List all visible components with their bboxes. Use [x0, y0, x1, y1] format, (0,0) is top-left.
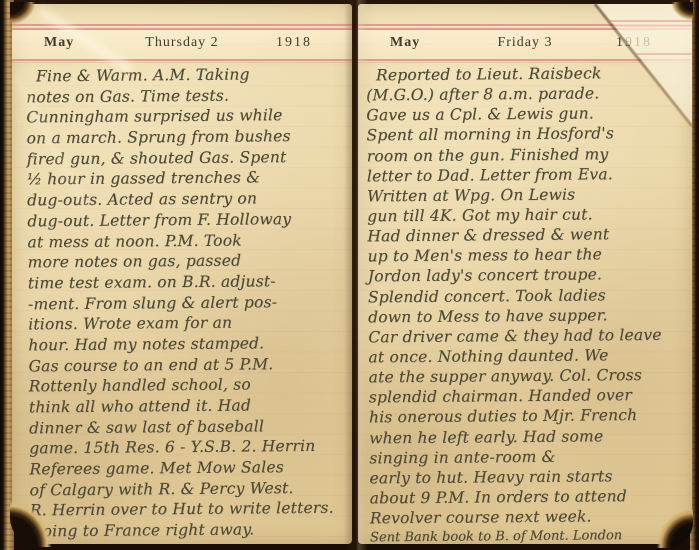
ruled-line [12, 59, 352, 61]
diary-page-left: May Thursday 2 1918 Fine & Warm. A.M. Ta… [12, 4, 352, 544]
handwriting-line: early to hut. Heavy rain starts [369, 465, 689, 488]
handwriting-line: Jordon lady's concert troupe. [368, 264, 688, 287]
handwriting-line: of Calgary with R. & Percy West. [30, 477, 350, 500]
ruled-line [358, 59, 692, 61]
ruled-line [12, 24, 352, 26]
handwriting-line: down to Mess to have supper. [368, 304, 688, 327]
handwriting-line: Car driver came & they had to leave [368, 324, 688, 347]
handwriting-line: Splendid concert. Took ladies [368, 284, 688, 307]
handwriting-line: Gave us a Cpl. & Lewis gun. [366, 103, 686, 126]
handwriting-line: Revolver course next week. [370, 506, 690, 529]
header-year: 1918 [276, 35, 312, 51]
diary-entry-right: Reported to Lieut. Raisbeck (M.G.O.) aft… [366, 63, 690, 549]
header-year: 1918 [616, 35, 652, 51]
handwriting-line: Going to France right away. [30, 519, 350, 542]
handwriting-line: his onerous duties to Mjr. French [369, 405, 689, 428]
handwriting-line: dinner & saw last of baseball [29, 415, 349, 438]
handwriting-line: at mess at noon. P.M. Took [27, 229, 347, 252]
handwriting-line: gun till 4K. Got my hair cut. [367, 204, 687, 227]
handwriting-line: on a march. Sprung from bushes [26, 126, 346, 149]
handwriting-line: room on the gun. Finished my [367, 143, 687, 166]
diary-book: May Thursday 2 1918 Fine & Warm. A.M. Ta… [0, 0, 699, 550]
handwriting-line: Gas course to an end at 5 P.M. [28, 353, 348, 376]
handwriting-line: game. 15th Res. 6 - Y.S.B. 2. Herrin [29, 436, 349, 459]
handwriting-line: Had dinner & dressed & went [367, 224, 687, 247]
page-header-right: May Friday 3 1918 [358, 35, 692, 57]
handwriting-line: hour. Had my notes stamped. [28, 333, 348, 356]
handwriting-line: time test exam. on B.R. adjust- [28, 270, 348, 293]
handwriting-line: letter to Dad. Letter from Eva. [367, 163, 687, 186]
handwriting-line: about 9 P.M. In orders to attend [370, 486, 690, 509]
handwriting-line: when he left early. Had some [369, 425, 689, 448]
diary-page-right: May Friday 3 1918 Reported to Lieut. Rai… [358, 4, 692, 544]
handwriting-line: notes on Gas. Time tests. [26, 84, 346, 107]
handwriting-line: Spent all morning in Hosford's [366, 123, 686, 146]
handwriting-line: Cunningham surprised us while [26, 105, 346, 128]
handwriting-line: splendid chairman. Handed over [369, 385, 689, 408]
handwriting-line: itions. Wrote exam for an [28, 312, 348, 335]
handwriting-line: fired gun, & shouted Gas. Spent [27, 146, 347, 169]
handwriting-line: dug-out. Letter from F. Holloway [27, 208, 347, 231]
handwriting-line: up to Men's mess to hear the [367, 244, 687, 267]
handwriting-line: dug-outs. Acted as sentry on [27, 188, 347, 211]
handwriting-line: Referees game. Met Mow Sales [29, 457, 349, 480]
handwriting-line: ate the supper anyway. Col. Cross [369, 365, 689, 388]
page-header-left: May Thursday 2 1918 [12, 35, 352, 57]
handwriting-line: ½ hour in gassed trenches & [27, 167, 347, 190]
ruled-line [358, 24, 692, 26]
handwriting-line: Written at Wpg. On Lewis [367, 183, 687, 206]
handwriting-line: Reported to Lieut. Raisbeck [366, 63, 686, 86]
handwriting-line: singing in ante-room & [369, 445, 689, 468]
handwriting-line: think all who attend it. Had [29, 395, 349, 418]
handwriting-line: (M.G.O.) after 8 a.m. parade. [366, 83, 686, 106]
diary-entry-left: Fine & Warm. A.M. Taking notes on Gas. T… [26, 64, 350, 543]
handwriting-line: Rottenly handled school, so [29, 374, 349, 397]
handwriting-line: Sent Bank book to B. of Mont. London [370, 526, 690, 549]
handwriting-line: at once. Nothing daunted. We [368, 345, 688, 368]
handwriting-line: R. Herrin over to Hut to write letters. [30, 498, 350, 521]
handwriting-line: more notes on gas, passed [28, 250, 348, 273]
ruled-line [12, 62, 352, 63]
handwriting-line: -ment. From slung & alert pos- [28, 291, 348, 314]
handwriting-line: Fine & Warm. A.M. Taking [26, 64, 346, 87]
